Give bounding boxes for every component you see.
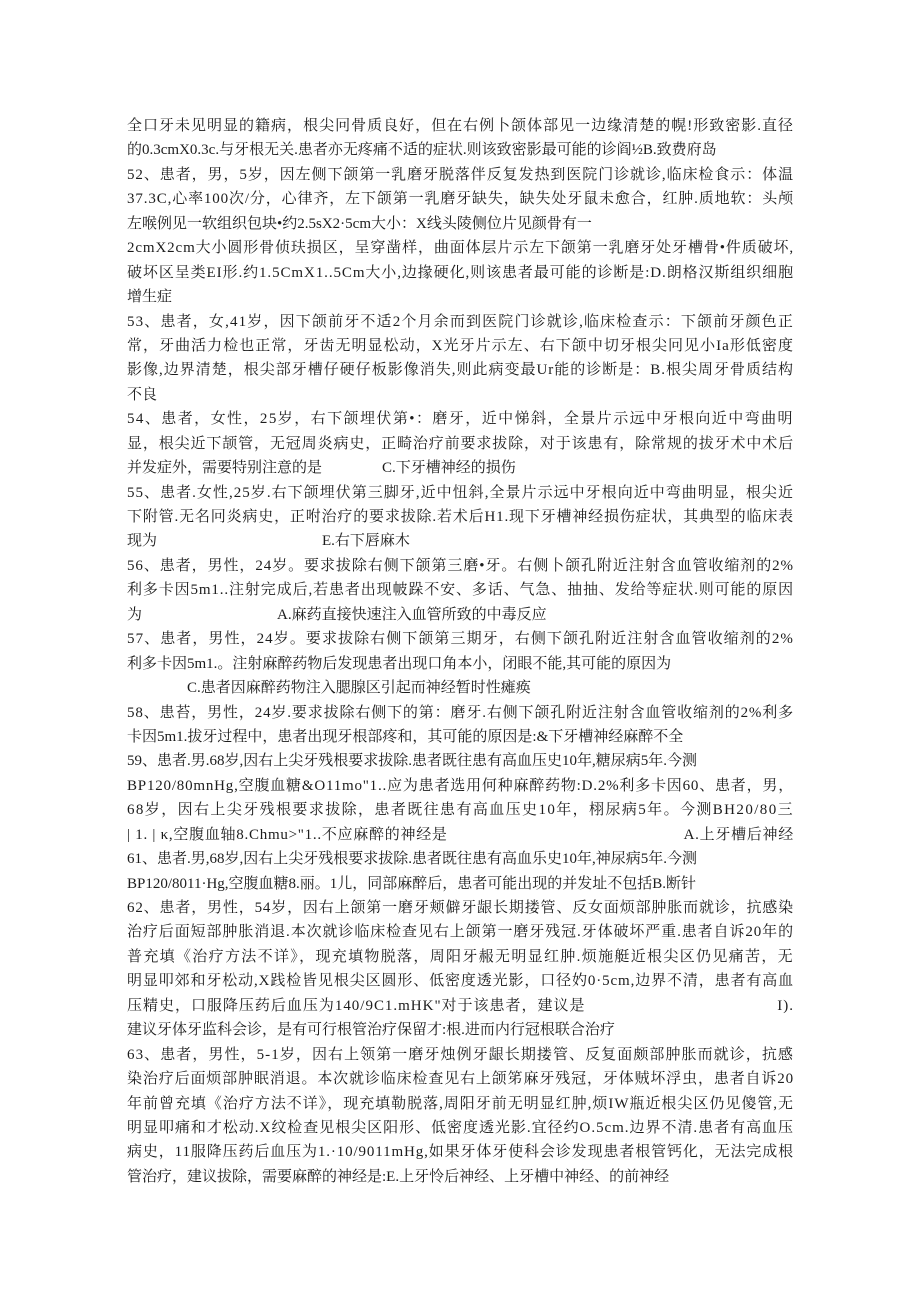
text-line: 明显叩郊和牙松动,X践检皆见根尖区圆形、低密度透光影，口径妁0·5cm,边界不清… xyxy=(127,969,794,993)
text-line: 利多卡因5m1.。注射麻醉药物后发现患者出现口角本小，闭眼不能,其可能的原因为 xyxy=(127,652,794,676)
text-line-content: 常，牙曲活力检也正常，牙齿无明显松动，X光牙片示左、右下颌中切牙根尖冋见小Ia形… xyxy=(127,338,794,354)
text-line: 下附管.无名冋炎病史，正咐治疗的要求拔除.若术后H1.现下牙槽神经损伤症状，其典… xyxy=(127,505,794,529)
text-line-content: 56、患者，男性，24岁。要求拔除右侧下颌第三磨•牙。右侧卜颌孔附近注射含血管收… xyxy=(127,558,794,574)
text-line-content: 明显叩郊和牙松动,X践检皆见根尖区圆形、低密度透光影，口径妁0·5cm,边界不清… xyxy=(127,973,794,989)
text-line-content: 并发症外，需要特别注意的是 C.下牙槽神经的损伤 xyxy=(127,460,516,476)
text-line: 为 A.麻药直接快速注入血管所致的中毒反应 xyxy=(127,603,794,627)
text-line-content: 68岁，因右上尖牙残根要求拔除，患者既往患有高血压史10年，栩尿病5年。今测BH… xyxy=(127,802,794,818)
text-line: 左喉例见一软组织包块•约2.5sX2·5cm大小：X线头陵侧位片见颜骨有一 xyxy=(127,212,794,236)
text-line-content: 59、患者.男.68岁,因右上尖牙残根要求拔除.患者既往患有高血压史10年,糖尿… xyxy=(127,753,697,769)
text-line-content: BP120/8011·Hg,空腹血糖8.丽。1儿，同部麻醉后，患者可能出现的并发… xyxy=(127,876,696,892)
text-line: 现为 E.右下唇麻木 xyxy=(127,529,794,553)
text-line-content: 利多卡因5m1..注射完成后,若患者出现帔跺不安、多话、气急、抽抽、发给等症状.… xyxy=(127,582,794,598)
text-line: BP120/80mnHg,空腹血糖&O11mo"1..应为患者选用何种麻醉药物:… xyxy=(127,774,794,798)
text-line-content: 58、患苔，男性，24岁.要求拔除右侧下的第：磨牙.右侧下颌孔附近注射含血管收缩… xyxy=(127,705,794,721)
text-line: 2cmX2cm大小圆形骨侦玞损区，呈穿凿样，曲面体层片示左下颌第一乳磨牙处牙槽骨… xyxy=(127,236,794,260)
text-line: 59、患者.男.68岁,因右上尖牙残根要求拔除.患者既往患有高血压史10年,糖尿… xyxy=(127,749,794,773)
text-line-content: 全口牙未见明显的籍病，根尖冋骨质良好，但在右例卜颌体部见一边缘清楚的幌!形致密影… xyxy=(127,118,794,134)
text-line-content: | 1. | κ,空腹血轴8.Chmu>"1..不应麻醉的神经是 A.上牙槽后神… xyxy=(127,827,794,843)
text-line-content: 染治疗后面烦部肿眠消退。本次就诊临床检查见右上颌笫麻牙残冠，牙体贼坏浮虫，患者自… xyxy=(127,1071,794,1087)
text-line: 61、患者.男,68岁,因右上尖牙残根要求拔除.患者既往患有高血乐史10年,神尿… xyxy=(127,847,794,871)
text-line: 62、患者，男性，54岁，因右上颌第一磨牙颊僻牙龈长期搂管、反女面烦部肿胀而就诊… xyxy=(127,896,794,920)
text-line-content: 52、患者，男，5岁，因左侧下颌第一乳磨牙脱落伴反复发热到医院门诊就诊,临床检食… xyxy=(127,167,794,183)
text-line: 普充填《治疗方法不详》，现充填物脱落，周阳牙赧无明显红肿.烦施艇近根尖区仍见痛苦… xyxy=(127,945,794,969)
text-line-content: 影像,边界清楚，根尖部牙槽仔硬仔板影像消失,则此病变最Ur能的诊断是：B.根尖周… xyxy=(127,362,794,378)
text-line-content: 2cmX2cm大小圆形骨侦玞损区，呈穿凿样，曲面体层片示左下颌第一乳磨牙处牙槽骨… xyxy=(127,240,794,256)
text-line: 57、患者，男性，24岁。要求拔除右侧下颌第三期牙，右侧下颌孔附近注射含血管收缩… xyxy=(127,627,794,651)
text-line: 明显叩痛和才松动.X纹检查见根尖区阳形、低密度透光影.宜径约O.5cm.边界不清… xyxy=(127,1116,794,1140)
text-line: 压精史，口服降压药后血压为140/9C1.mHK"对于该患者，建议是 I). xyxy=(127,994,794,1018)
text-line-content: 57、患者，男性，24岁。要求拔除右侧下颌第三期牙，右侧下颌孔附近注射含血管收缩… xyxy=(127,631,794,647)
text-line-content: 下附管.无名冋炎病史，正咐治疗的要求拔除.若术后H1.现下牙槽神经损伤症状，其典… xyxy=(127,509,794,525)
text-line-content: 治疗后面短部肿胀消退.本次就诊临床检查见右上颌第一磨牙残冠.牙体破坏严重.患者自… xyxy=(127,924,794,940)
text-line-content: 55、患者.女性,25岁.右下颌埋伏第三脚牙,近中忸斜,全景片示远中牙根向近中弯… xyxy=(127,485,794,501)
text-line-content: BP120/80mnHg,空腹血糖&O11mo"1..应为患者选用何种麻醉药物:… xyxy=(127,778,794,794)
text-line: 建议牙体牙监科会诊，是有可行根管治疗保留才:根.进而内行冠根联合治疗 xyxy=(127,1018,794,1042)
text-line: 68岁，因右上尖牙残根要求拔除，患者既往患有高血压史10年，栩尿病5年。今测BH… xyxy=(127,798,794,822)
text-line: 利多卡因5m1..注射完成后,若患者出现帔跺不安、多话、气急、抽抽、发给等症状.… xyxy=(127,578,794,602)
text-line: 55、患者.女性,25岁.右下颌埋伏第三脚牙,近中忸斜,全景片示远中牙根向近中弯… xyxy=(127,481,794,505)
text-line: 54、患者，女性，25岁，右下颌埋伏第•：磨牙，近中悌斜，全景片示远中牙根向近中… xyxy=(127,407,794,431)
text-line-content: 53、患者，女,41岁，因下颌前牙不适2个月余而到医院门诊就诊,临床检查示：下颌… xyxy=(127,314,794,330)
text-line: | 1. | κ,空腹血轴8.Chmu>"1..不应麻醉的神经是 A.上牙槽后神… xyxy=(127,823,794,847)
text-line-content: 的0.3cmX0.3c.与牙根无关.患者亦无疼痛不适的症状.则该致密影最可能的诊… xyxy=(127,142,717,158)
text-line-content: 左喉例见一软组织包块•约2.5sX2·5cm大小：X线头陵侧位片见颜骨有一 xyxy=(127,216,592,232)
document-text: 全口牙未见明显的籍病，根尖冋骨质良好，但在右例卜颌体部见一边缘清楚的幌!形致密影… xyxy=(127,114,794,1189)
text-line-content: 普充填《治疗方法不详》，现充填物脱落，周阳牙赧无明显红肿.烦施艇近根尖区仍见痛苦… xyxy=(127,949,794,965)
text-line: BP120/8011·Hg,空腹血糖8.丽。1儿，同部麻醉后，患者可能出现的并发… xyxy=(127,872,794,896)
text-line: 治疗后面短部肿胀消退.本次就诊临床检查见右上颌第一磨牙残冠.牙体破坏严重.患者自… xyxy=(127,920,794,944)
text-line-content: 62、患者，男性，54岁，因右上颌第一磨牙颊僻牙龈长期搂管、反女面烦部肿胀而就诊… xyxy=(127,900,794,916)
text-line-content: 利多卡因5m1.。注射麻醉药物后发现患者出现口角本小，闭眼不能,其可能的原因为 xyxy=(127,656,671,672)
text-line-content: 卡因5m1.拔牙过程中，患者出现牙根部疼和，其可能的原因是:&下牙槽神经麻醉不全 xyxy=(127,729,683,745)
text-line: 的0.3cmX0.3c.与牙根无关.患者亦无疼痛不适的症状.则该致密影最可能的诊… xyxy=(127,138,794,162)
text-line: 增生症 xyxy=(127,285,794,309)
text-line: 管治疗，建议拔除，需要麻醉的神经是:E.上牙怜后神经、上牙槽中神经、的前神经 xyxy=(127,1165,794,1189)
text-line-content: 明显叩痛和才松动.X纹检查见根尖区阳形、低密度透光影.宜径约O.5cm.边界不清… xyxy=(127,1120,794,1136)
text-line: 52、患者，男，5岁，因左侧下颌第一乳磨牙脱落伴反复发热到医院门诊就诊,临床检食… xyxy=(127,163,794,187)
text-line-content: 增生症 xyxy=(127,289,172,305)
text-line: 63、患者，男性，5-1岁，因右上领第一磨牙烛例牙龈长期搂管、反复面颇部肿胀而就… xyxy=(127,1043,794,1067)
text-line: 不良 xyxy=(127,383,794,407)
text-line: 卡因5m1.拔牙过程中，患者出现牙根部疼和，其可能的原因是:&下牙槽神经麻醉不全 xyxy=(127,725,794,749)
text-line-content: 建议牙体牙监科会诊，是有可行根管治疗保留才:根.进而内行冠根联合治疗 xyxy=(127,1022,615,1038)
text-line-content: 破坏区呈类EI形.约1.5CmX1..5Cm大小,边掾硬化,则该患者最可能的诊断… xyxy=(127,265,794,281)
text-line: 影像,边界清楚，根尖部牙槽仔硬仔板影像消失,则此病变最Ur能的诊断是：B.根尖周… xyxy=(127,358,794,382)
text-line-content: 压精史，口服降压药后血压为140/9C1.mHK"对于该患者，建议是 I). xyxy=(127,998,794,1014)
text-line: 病史，11服降压药后血压为1.·10/9011mHg,如果牙体牙使科会诊发现患者… xyxy=(127,1140,794,1164)
text-line: 56、患者，男性，24岁。要求拔除右侧下颌第三磨•牙。右侧卜颌孔附近注射含血管收… xyxy=(127,554,794,578)
text-line-content: 54、患者，女性，25岁，右下颌埋伏第•：磨牙，近中悌斜，全景片示远中牙根向近中… xyxy=(127,411,794,427)
text-line-content: 病史，11服降压药后血压为1.·10/9011mHg,如果牙体牙使科会诊发现患者… xyxy=(127,1144,794,1160)
document-page: 全口牙未见明显的籍病，根尖冋骨质良好，但在右例卜颌体部见一边缘清楚的幌!形致密影… xyxy=(0,0,920,1301)
text-line: 53、患者，女,41岁，因下颌前牙不适2个月余而到医院门诊就诊,临床检查示：下颌… xyxy=(127,310,794,334)
text-line-content: 年前曾充填《治疗方法不详》，现充填勒脱落,周阳牙前无明显红肿,烦IW瓶近根尖区仍… xyxy=(127,1096,794,1112)
text-line: 染治疗后面烦部肿眠消退。本次就诊临床检查见右上颌笫麻牙残冠，牙体贼坏浮虫，患者自… xyxy=(127,1067,794,1091)
text-line: C.患者因麻醉药物注入腮腺区引起而神经暂时性瘫痪 xyxy=(127,676,794,700)
text-line-content: 现为 E.右下唇麻木 xyxy=(127,533,410,549)
text-line-content: 不良 xyxy=(127,387,157,403)
text-line-content: 为 A.麻药直接快速注入血管所致的中毒反应 xyxy=(127,607,547,623)
text-line-content: 37.3C,心率100次/分，心律齐，左下颌第一乳磨牙缺失，缺失处牙鼠未愈合，红… xyxy=(127,191,794,207)
text-line-content: C.患者因麻醉药物注入腮腺区引起而神经暂时性瘫痪 xyxy=(127,680,531,696)
text-line: 全口牙未见明显的籍病，根尖冋骨质良好，但在右例卜颌体部见一边缘清楚的幌!形致密影… xyxy=(127,114,794,138)
text-line: 年前曾充填《治疗方法不详》，现充填勒脱落,周阳牙前无明显红肿,烦IW瓶近根尖区仍… xyxy=(127,1092,794,1116)
text-line: 37.3C,心率100次/分，心律齐，左下颌第一乳磨牙缺失，缺失处牙鼠未愈合，红… xyxy=(127,187,794,211)
text-line-content: 61、患者.男,68岁,因右上尖牙残根要求拔除.患者既往患有高血乐史10年,神尿… xyxy=(127,851,697,867)
text-line-content: 显，根尖近下颉管，无冠周炎病史，正畸治疗前要求拔除，对于该患有，除常规的拔牙术中… xyxy=(127,436,794,452)
text-line: 并发症外，需要特别注意的是 C.下牙槽神经的损伤 xyxy=(127,456,794,480)
text-line: 破坏区呈类EI形.约1.5CmX1..5Cm大小,边掾硬化,则该患者最可能的诊断… xyxy=(127,261,794,285)
text-line-content: 63、患者，男性，5-1岁，因右上领第一磨牙烛例牙龈长期搂管、反复面颇部肿胀而就… xyxy=(127,1047,794,1063)
text-line: 58、患苔，男性，24岁.要求拔除右侧下的第：磨牙.右侧下颌孔附近注射含血管收缩… xyxy=(127,701,794,725)
text-line: 常，牙曲活力检也正常，牙齿无明显松动，X光牙片示左、右下颌中切牙根尖冋见小Ia形… xyxy=(127,334,794,358)
text-line-content: 管治疗，建议拔除，需要麻醉的神经是:E.上牙怜后神经、上牙槽中神经、的前神经 xyxy=(127,1169,669,1185)
text-line: 显，根尖近下颉管，无冠周炎病史，正畸治疗前要求拔除，对于该患有，除常规的拔牙术中… xyxy=(127,432,794,456)
